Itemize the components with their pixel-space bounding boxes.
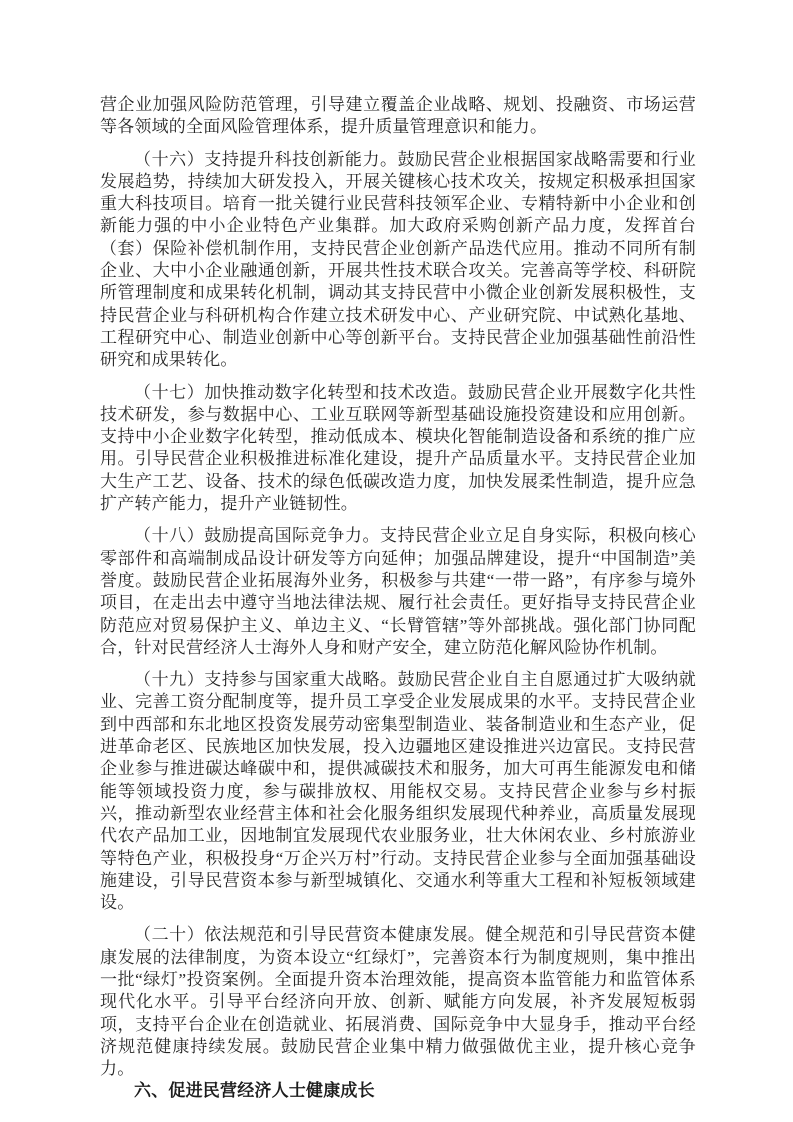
document-page: 营企业加强风险防范管理，引导建立覆盖企业战略、规划、投融资、市场运营等各领域的全… <box>0 0 793 1122</box>
document-body: 营企业加强风险防范管理，引导建立覆盖企业战略、规划、投融资、市场运营等各领域的全… <box>100 94 696 1103</box>
paragraph: 营企业加强风险防范管理，引导建立覆盖企业战略、规划、投融资、市场运营等各领域的全… <box>100 94 696 139</box>
paragraph: （十七）加快推动数字化转型和技术改造。鼓励民营企业开展数字化共性技术研发，参与数… <box>100 382 696 516</box>
paragraph: （二十）依法规范和引导民营资本健康发展。健全规范和引导民营资本健康发展的法律制度… <box>100 924 696 1080</box>
paragraph: （十六）支持提升科技创新能力。鼓励民营企业根据国家战略需要和行业发展趋势，持续加… <box>100 149 696 372</box>
paragraph: （十九）支持参与国家重大战略。鼓励民营企业自主自愿通过扩大吸纳就业、完善工资分配… <box>100 669 696 914</box>
paragraph: （十八）鼓励提高国际竞争力。支持民营企业立足自身实际，积极向核心零部件和高端制成… <box>100 525 696 659</box>
section-heading: 六、促进民营经济人士健康成长 <box>100 1080 696 1102</box>
